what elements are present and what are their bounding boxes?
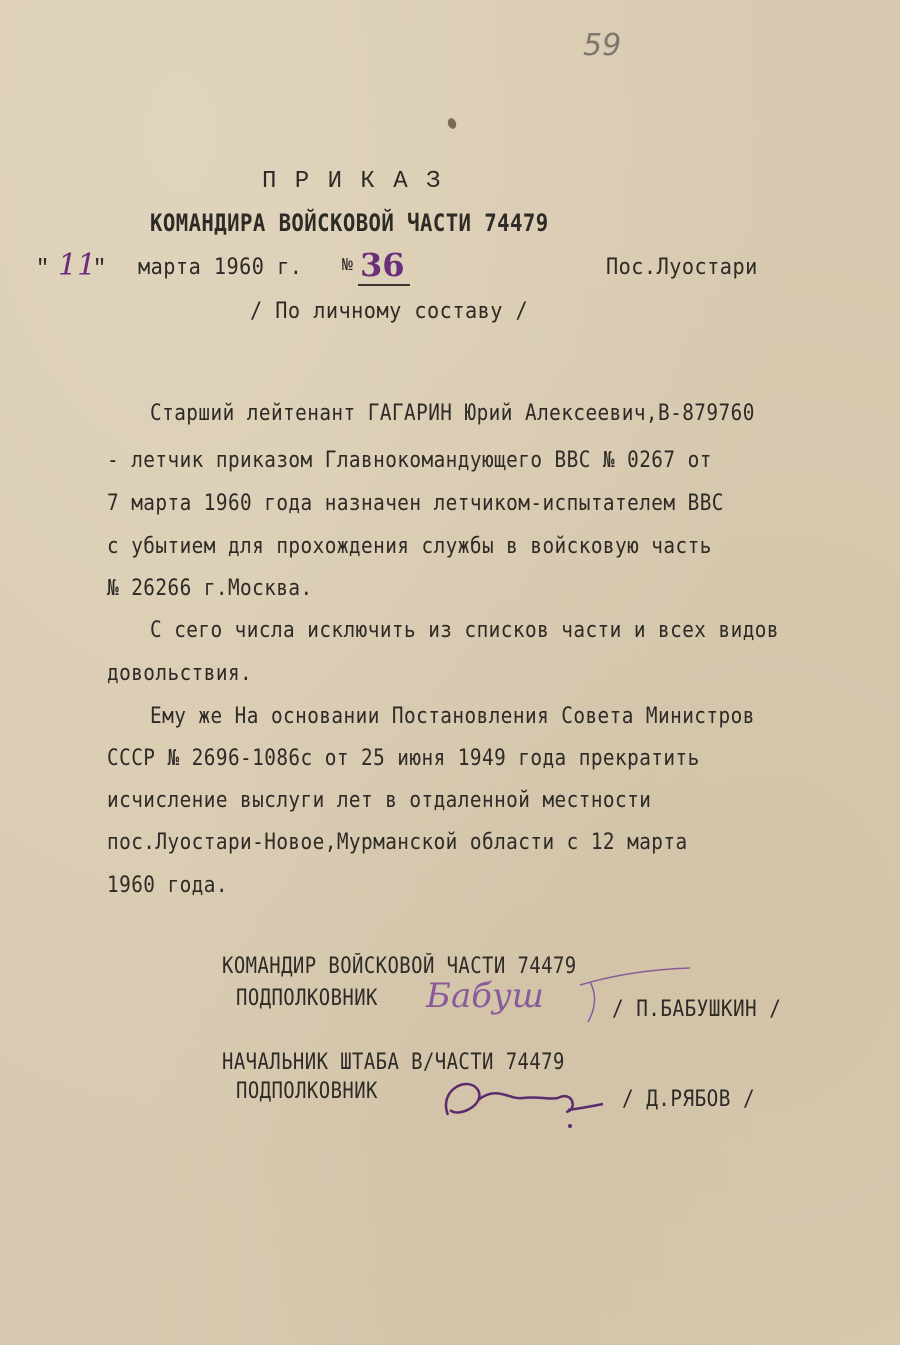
order-number-underline xyxy=(358,284,410,286)
order-number-handwritten: 36 xyxy=(360,246,405,284)
paper-stain xyxy=(446,117,457,130)
date-day-handwritten: 11 xyxy=(58,248,96,283)
signatory-1-position: КОМАНДИР ВОЙСКОВОЙ ЧАСТИ 74479 xyxy=(222,956,577,978)
signatory-1-name: / П.БАБУШКИН / xyxy=(612,999,781,1021)
page-number: 59 xyxy=(583,28,621,63)
body-line-8: Ему же На основании Постановления Совета… xyxy=(150,706,755,728)
body-line-10: исчисление выслуги лет в отдаленной мест… xyxy=(107,790,651,812)
location: Пос.Луостари xyxy=(606,257,758,279)
date-rest: марта 1960 г. xyxy=(138,257,302,279)
order-category: / По личному составу / xyxy=(250,301,528,323)
body-line-6: С сего числа исключить из списков части … xyxy=(150,620,779,642)
signatory-2-rank: ПОДПОЛКОВНИК xyxy=(236,1081,378,1103)
date-open-quote: " xyxy=(36,258,50,280)
body-line-4: с убытием для прохождения службы в войск… xyxy=(107,536,712,558)
body-line-7: довольствия. xyxy=(107,663,252,685)
document-subtitle: КОМАНДИРА ВОЙСКОВОЙ ЧАСТИ 74479 xyxy=(150,211,549,235)
signatory-2-name: / Д.РЯБОВ / xyxy=(622,1089,755,1111)
body-line-12: 1960 года. xyxy=(107,875,228,897)
body-line-2: - летчик приказом Главнокомандующего ВВС… xyxy=(107,450,712,472)
document-title: П Р И К А З xyxy=(262,170,442,194)
document-page: 59 П Р И К А З КОМАНДИРА ВОЙСКОВОЙ ЧАСТИ… xyxy=(0,0,900,1345)
body-line-5: № 26266 г.Москва. xyxy=(107,578,313,600)
body-line-9: СССР № 2696-1086с от 25 июня 1949 года п… xyxy=(107,748,700,770)
body-line-3: 7 марта 1960 года назначен летчиком-испы… xyxy=(107,493,724,515)
signatory-1-signature: Бабуш xyxy=(426,976,544,1016)
body-line-1: Старший лейтенант ГАГАРИН Юрий Алексееви… xyxy=(150,403,755,425)
body-line-11: пос.Луостари-Новое,Мурманской области с … xyxy=(107,832,688,854)
number-sign: № xyxy=(342,257,353,275)
date-close-quote: " xyxy=(93,258,107,280)
signatory-1-rank: ПОДПОЛКОВНИК xyxy=(236,988,378,1010)
signature-2-strokes xyxy=(438,1070,608,1130)
